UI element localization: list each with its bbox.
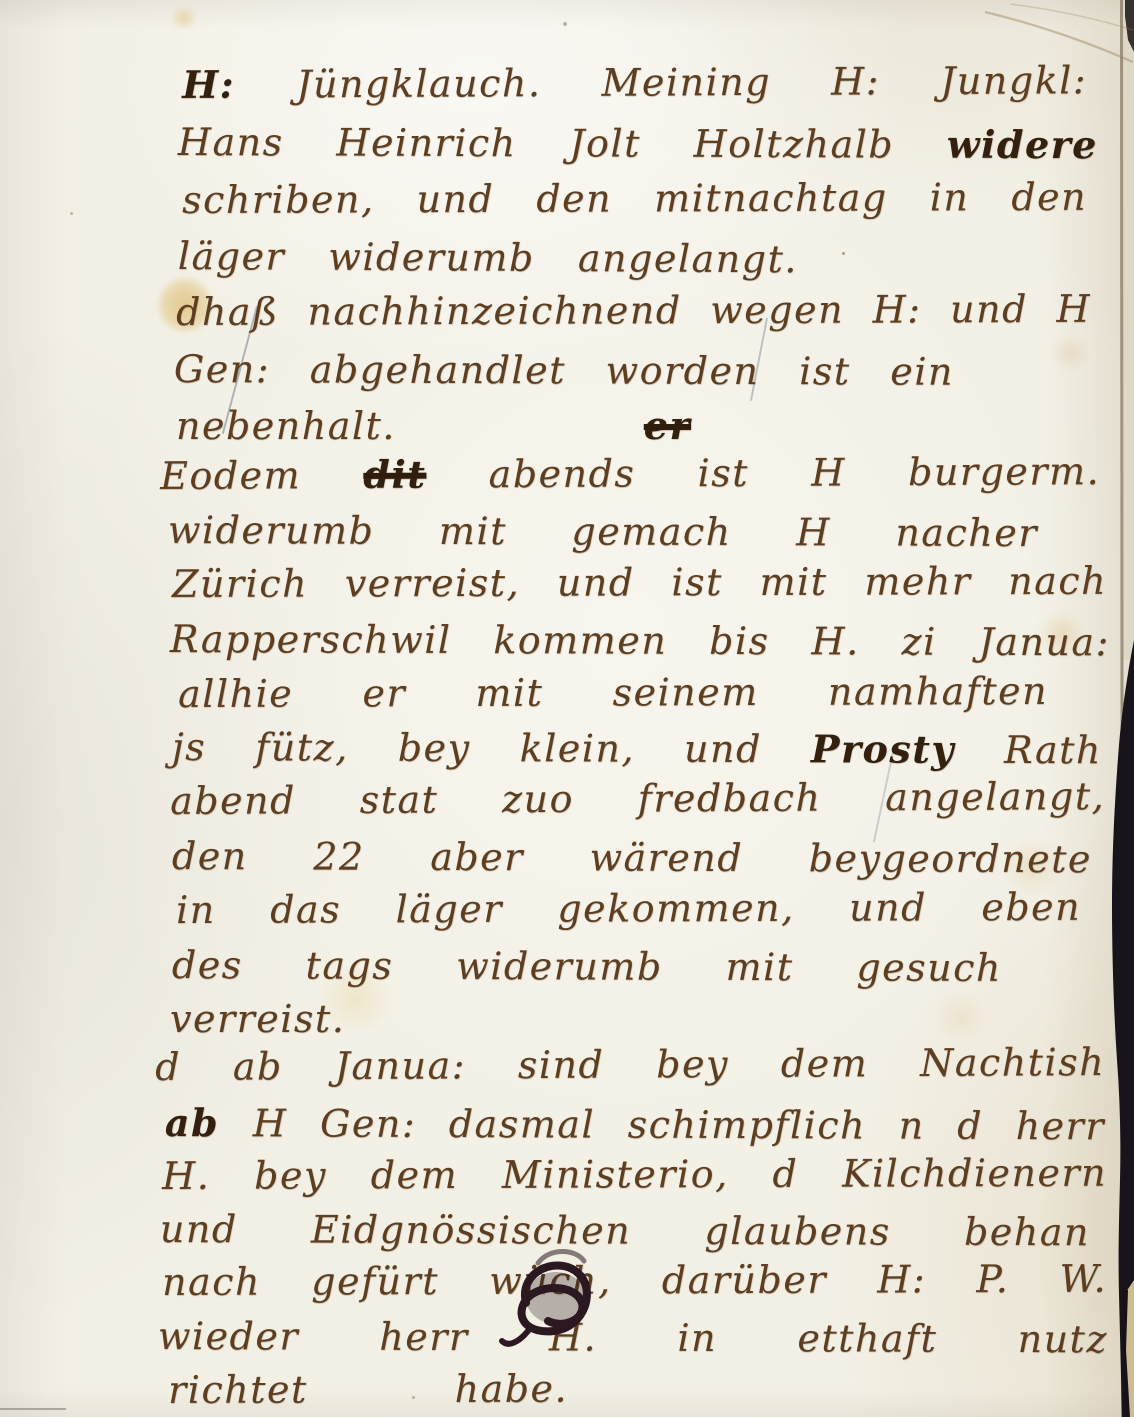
manuscript-line-7: nebenhalt. er — [176, 401, 691, 451]
page-edge-right — [1090, 0, 1134, 1417]
manuscript-line-9: widerumb mit gemach H nacher — [168, 506, 1038, 558]
manuscript-page: H: Jüngklauch. Meining H: Jungkl:Hans He… — [0, 0, 1134, 1417]
page-crease — [940, 0, 1134, 80]
scan-edge-line — [0, 1408, 66, 1410]
manuscript-line-16: in das läger gekommen, und eben — [176, 883, 1081, 936]
manuscript-line-10: Zürich verreist, und ist mit mehr nach — [172, 557, 1107, 610]
manuscript-line-25: richtet habe. — [168, 1365, 568, 1416]
manuscript-line-5: dhaß nachhinzeichnend wegen H: und H — [176, 285, 1091, 338]
manuscript-line-6: Gen: abgehandlet worden ist ein — [174, 345, 954, 397]
manuscript-line-23: nach gefürt wüch, darüber H: P. W. — [162, 1255, 1107, 1308]
manuscript-line-4: läger widerumb angelangt. — [178, 232, 798, 285]
manuscript-line-14: abend stat zuo fredbach angelangt, — [170, 772, 1105, 826]
manuscript-line-22: und Eidgnössischen glaubens behan — [160, 1205, 1090, 1258]
manuscript-line-3: schriben, und den mitnachtag in den — [182, 173, 1087, 226]
ink-blot — [498, 1243, 618, 1353]
manuscript-line-13: js fütz, bey klein, und Prosty Rath — [172, 722, 1102, 776]
manuscript-line-18: verreist. — [170, 995, 320, 1044]
manuscript-line-19: d ab Janua: sind bey dem Nachtish — [155, 1038, 1105, 1092]
manuscript-line-17: des tags widerumb mit gesuch — [172, 941, 1002, 993]
manuscript-line-2: Hans Heinrich Jolt Holtzhalb widere — [178, 117, 1098, 171]
ink-speck — [842, 252, 845, 255]
manuscript-line-21: H. bey dem Ministerio, d Kilchdienern — [162, 1149, 1107, 1202]
handwriting-block: H: Jüngklauch. Meining H: Jungkl:Hans He… — [0, 0, 1134, 1417]
manuscript-line-20: ab H Gen: dasmal schimpflich n d herr — [165, 1098, 1105, 1152]
manuscript-line-12: allhie er mit seinem namhaften — [178, 667, 1048, 719]
ink-speck — [412, 1396, 415, 1399]
manuscript-line-24: wieder herr H. in etthaft nutz — [158, 1312, 1108, 1365]
manuscript-line-8: Eodem dit abends ist H burgerm. — [160, 446, 1100, 501]
ink-speck — [70, 212, 73, 215]
ink-speck — [563, 22, 567, 26]
manuscript-line-11: Rapperschwil kommen bis H. zi Janua: — [170, 615, 1110, 668]
manuscript-line-15: den 22 aber wärend beygeordnete — [172, 832, 1092, 885]
